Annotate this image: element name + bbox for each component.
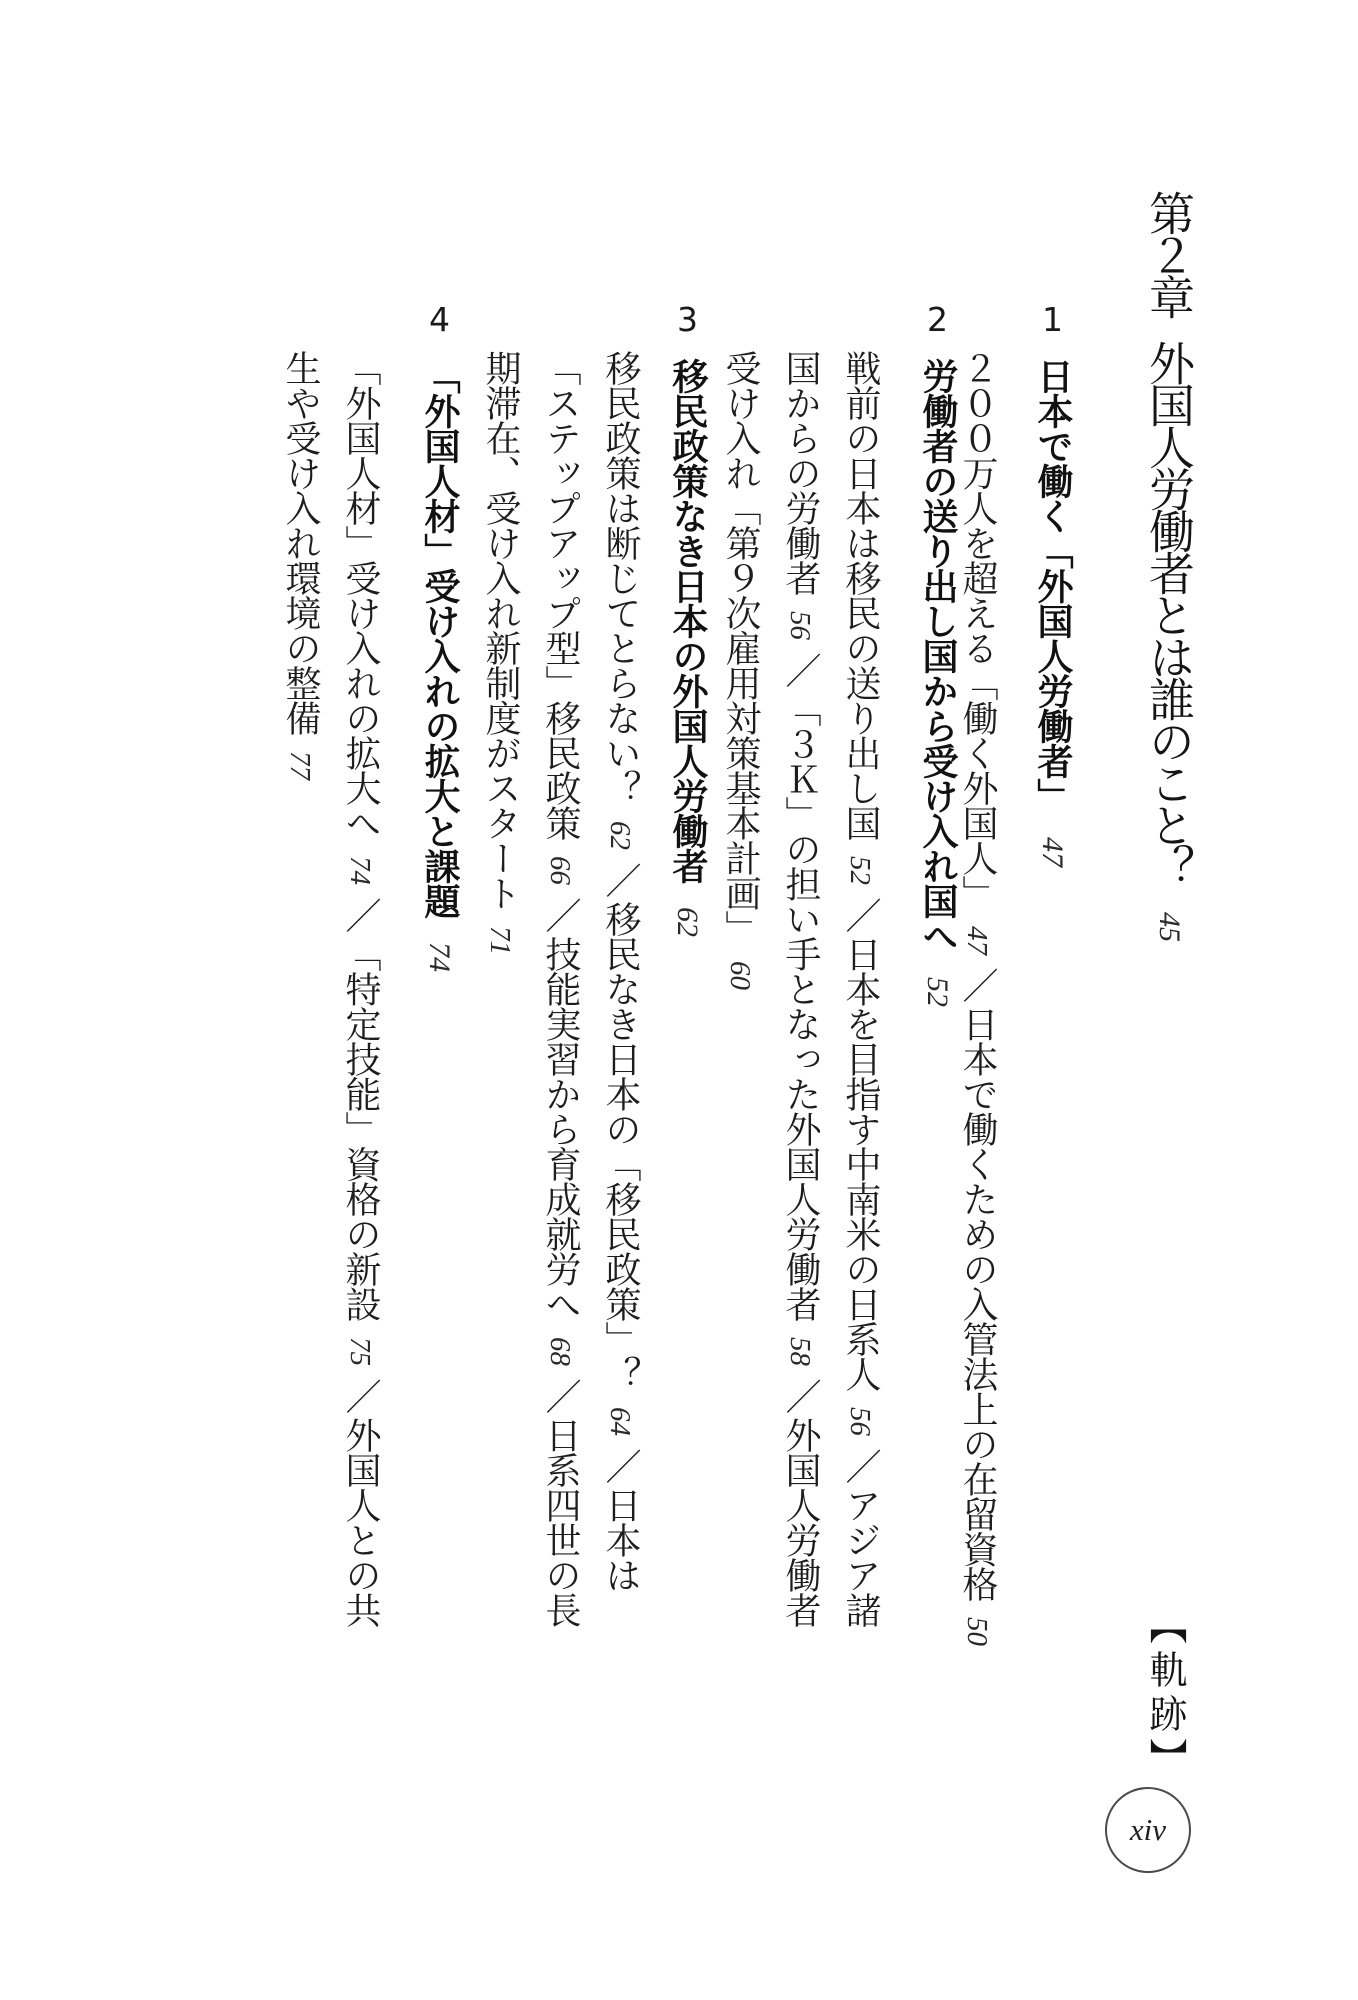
separator-slash: ／ — [600, 862, 641, 897]
separator-slash: ／ — [957, 967, 998, 1002]
section-page-number: 74 — [423, 942, 456, 972]
section-2-items: 戦前の日本は移民の送り出し国52／日本を目指す中南米の日系人56／アジア諸国から… — [706, 350, 890, 1660]
toc-item-page-number: 50 — [961, 1617, 993, 1646]
section-page-number: 47 — [1036, 837, 1069, 867]
section-4-heading: 4「外国人材」受け入れの拡大と課題74 — [415, 300, 462, 972]
separator-slash: ／ — [780, 1378, 821, 1413]
section-title: 労働者の送り出し国から受け入れ国へ — [917, 358, 958, 953]
section-1-heading: 1日本で働く「外国人労働者」47 — [1028, 300, 1075, 867]
toc-item-text: 日本を目指す中南米の日系人 — [840, 936, 881, 1391]
toc-item-page-number: 71 — [484, 926, 516, 955]
chapter-note-kiseki: 【軌跡】 — [1138, 1606, 1193, 1782]
section-number: 3 — [668, 300, 707, 338]
toc-item-text: 技能実習から育成就労へ — [540, 936, 581, 1321]
section-title: 移民政策なき日本の外国人労働者 — [667, 358, 708, 883]
section-3-items: 移民政策は断じてとらない？62／移民なき日本の「移民政策」？64／日本は「ステッ… — [466, 350, 650, 1660]
separator-slash: ／ — [340, 897, 381, 932]
chapter-heading: 第２章外国人労働者とは誰のこと？45 — [1140, 190, 1198, 942]
section-page-number: 62 — [671, 907, 704, 937]
toc-item-text: 戦前の日本は移民の送り出し国 — [840, 350, 881, 840]
toc-item-page-number: 64 — [604, 1407, 636, 1436]
section-title: 日本で働く「外国人労働者」 — [1032, 358, 1073, 813]
section-3-heading: 3移民政策なき日本の外国人労働者62 — [663, 300, 710, 937]
toc-item-text: 移民なき日本の「移民政策」？ — [600, 901, 641, 1391]
toc-item-page-number: 56 — [784, 611, 816, 640]
page-number-circle: xiv — [1105, 1787, 1191, 1873]
separator-slash: ／ — [840, 1448, 881, 1483]
toc-item-page-number: 56 — [844, 1407, 876, 1436]
separator-slash: ／ — [540, 897, 581, 932]
page-number-roman: xiv — [1130, 1812, 1166, 1848]
section-title: 「外国人材」受け入れの拡大と課題 — [419, 358, 460, 918]
chapter-number-label: 第２章 — [1142, 190, 1196, 316]
section-4-items: 「外国人材」受け入れの拡大へ74／「特定技能」資格の新設75／外国人との共生や受… — [260, 350, 390, 1660]
separator-slash: ／ — [600, 1448, 641, 1483]
toc-item-page-number: 58 — [784, 1337, 816, 1366]
separator-slash: ／ — [780, 652, 821, 687]
toc-item-page-number: 60 — [724, 961, 756, 990]
toc-item-page-number: 75 — [344, 1337, 376, 1366]
toc-item-page-number: 52 — [844, 856, 876, 885]
toc-item-page-number: 66 — [544, 856, 576, 885]
toc-item-text: 「外国人材」受け入れの拡大へ — [340, 350, 381, 840]
toc-item-page-number: 77 — [284, 751, 316, 780]
separator-slash: ／ — [340, 1378, 381, 1413]
toc-item-page-number: 74 — [344, 856, 376, 885]
section-number: 4 — [420, 300, 459, 338]
toc-item-text: 「３Ｋ」の担い手となった外国人労働者 — [780, 691, 821, 1321]
section-number: 1 — [1033, 300, 1072, 338]
section-page-number: 52 — [921, 977, 954, 1007]
section-2-heading: 2労働者の送り出し国から受け入れ国へ52 — [913, 300, 960, 1007]
chapter-title: 外国人労働者とは誰のこと？ — [1142, 340, 1196, 886]
toc-page: 第２章外国人労働者とは誰のこと？45 1日本で働く「外国人労働者」47２００万人… — [0, 0, 1358, 2000]
toc-item-text: 移民政策は断じてとらない？ — [600, 350, 641, 805]
chapter-page-number: 45 — [1153, 912, 1186, 942]
toc-item-page-number: 62 — [604, 821, 636, 850]
toc-item-text: ２００万人を超える「働く外国人」 — [957, 350, 998, 910]
section-number: 2 — [918, 300, 957, 338]
separator-slash: ／ — [540, 1378, 581, 1413]
toc-item-page-number: 68 — [544, 1337, 576, 1366]
toc-item-page-number: 47 — [961, 926, 993, 955]
separator-slash: ／ — [840, 897, 881, 932]
toc-item-text: 「特定技能」資格の新設 — [340, 936, 381, 1321]
toc-item-text: 日本で働くための入管法上の在留資格 — [957, 1006, 998, 1601]
